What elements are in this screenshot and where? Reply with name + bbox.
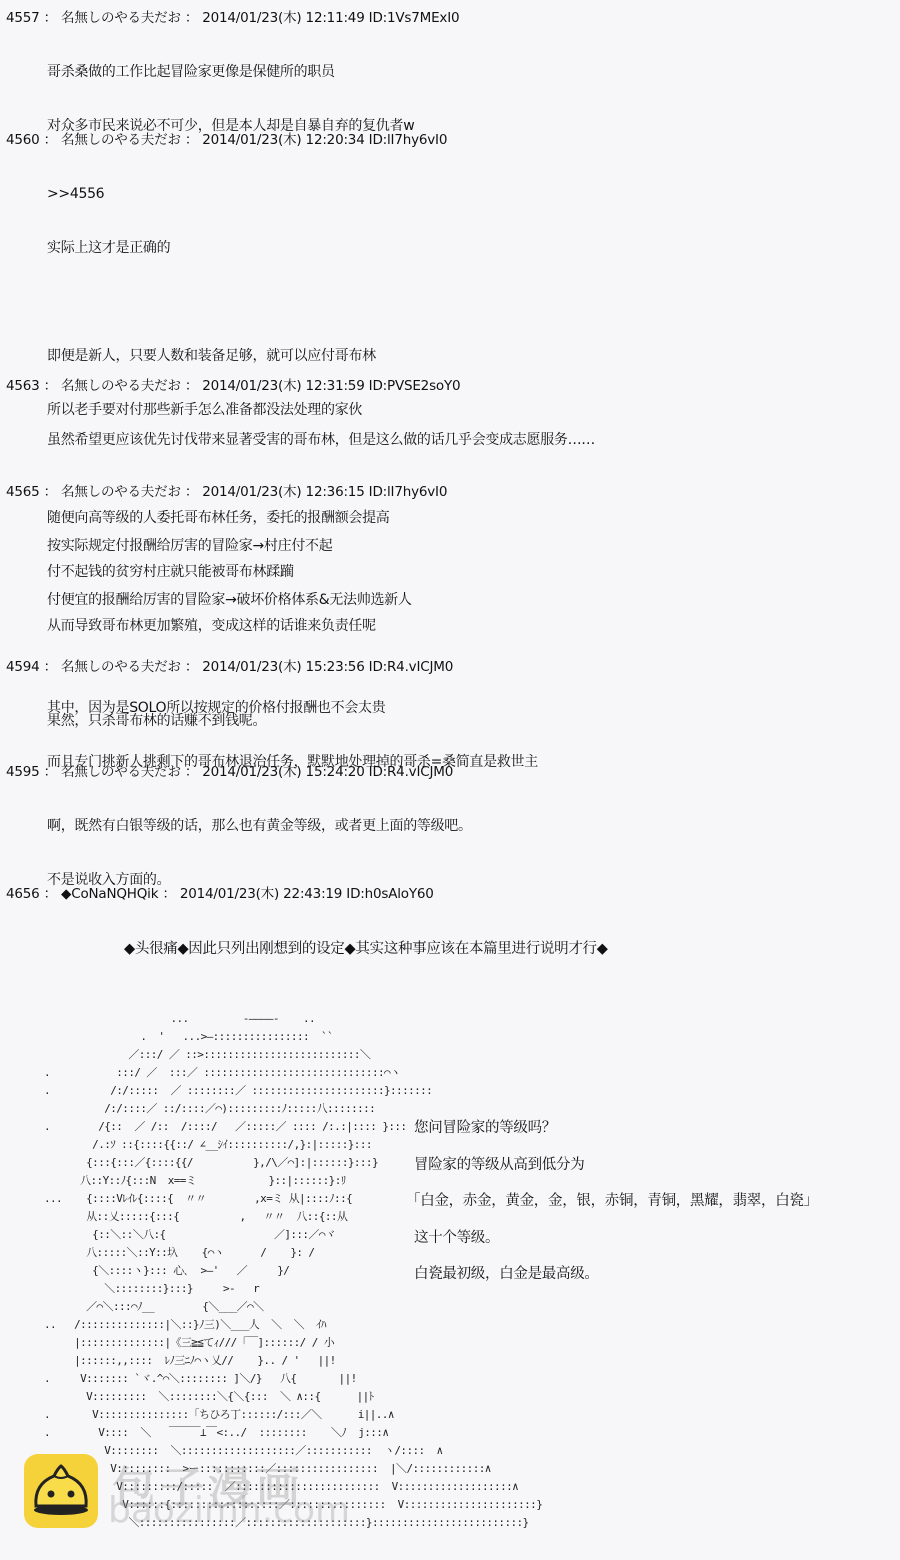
post-line: 按实际规定付报酬给厉害的冒险家→村庄付不起: [47, 537, 886, 555]
reply-link[interactable]: >>4556: [47, 185, 886, 203]
speech-line: 「白金，赤金，黄金，金，银，赤铜，青铜，黑耀，翡翠，白瓷」: [406, 1189, 818, 1226]
post-header: 4656 ： ◆CoNaNQHQik ： 2014/01/23(木) 22:43…: [6, 885, 886, 903]
post-line: 虽然希望更应该优先讨伐带来显著受害的哥布林，但是这么做的话几乎会变成志愿服务……: [47, 431, 886, 449]
post-body: 虽然希望更应该优先讨伐带来显著受害的哥布林，但是这么做的话几乎会变成志愿服务……: [6, 395, 886, 485]
post-line: 付便宜的报酬给厉害的冒险家→破坏价格体系&无法帅选新人: [47, 591, 886, 609]
post-header: 4594 ： 名無しのやる夫だお ： 2014/01/23(木) 15:23:5…: [6, 658, 886, 676]
post-4594: 4594 ： 名無しのやる夫だお ： 2014/01/23(木) 15:23:5…: [6, 658, 886, 766]
post-header: 4563 ： 名無しのやる夫だお ： 2014/01/23(木) 12:31:5…: [6, 377, 886, 395]
post-header: 4595 ： 名無しのやる夫だお ： 2014/01/23(木) 15:24:2…: [6, 763, 886, 781]
speech-block: 您问冒险家的等级吗？ 冒险家的等级从高到低分为 「白金，赤金，黄金，金，银，赤铜…: [414, 1116, 818, 1299]
post-line: 啊，既然有白银等级的话，那么也有黄金等级，或者更上面的等级吧。: [47, 817, 886, 835]
blank-line: [47, 293, 886, 311]
speech-line: 您问冒险家的等级吗？: [414, 1116, 818, 1153]
post-line: 哥杀桑做的工作比起冒险家更像是保健所的职员: [47, 63, 886, 81]
post-line: 实际上这才是正确的: [47, 239, 886, 257]
post-body: 啊，既然有白银等级的话，那么也有黄金等级，或者更上面的等级吧。 不是说收入方面的…: [6, 781, 886, 925]
post-header: 4565 ： 名無しのやる夫だお ： 2014/01/23(木) 12:36:1…: [6, 483, 886, 501]
post-header: 4560 ： 名無しのやる夫だお ： 2014/01/23(木) 12:20:3…: [6, 131, 886, 149]
speech-line: 冒险家的等级从高到低分为: [414, 1153, 818, 1190]
post-line: 即便是新人，只要人数和装备足够，就可以应付哥布林: [47, 347, 886, 365]
post-line: 果然，只杀哥布林的话赚不到钱呢。: [47, 712, 886, 730]
post-body: 果然，只杀哥布林的话赚不到钱呢。: [6, 676, 886, 766]
speech-line: 这十个等级。: [414, 1226, 818, 1263]
post-4563: 4563 ： 名無しのやる夫だお ： 2014/01/23(木) 12:31:5…: [6, 377, 886, 485]
post-4656: 4656 ： ◆CoNaNQHQik ： 2014/01/23(木) 22:43…: [6, 885, 886, 903]
announcement-line: ◆头很痛◆因此只列出刚想到的设定◆其实这种事应该在本篇里进行说明才行◆: [124, 937, 608, 958]
speech-line: 白瓷最初级，白金是最高级。: [414, 1262, 818, 1299]
post-header: 4557 ： 名無しのやる夫だお ： 2014/01/23(木) 12:11:4…: [6, 9, 886, 27]
